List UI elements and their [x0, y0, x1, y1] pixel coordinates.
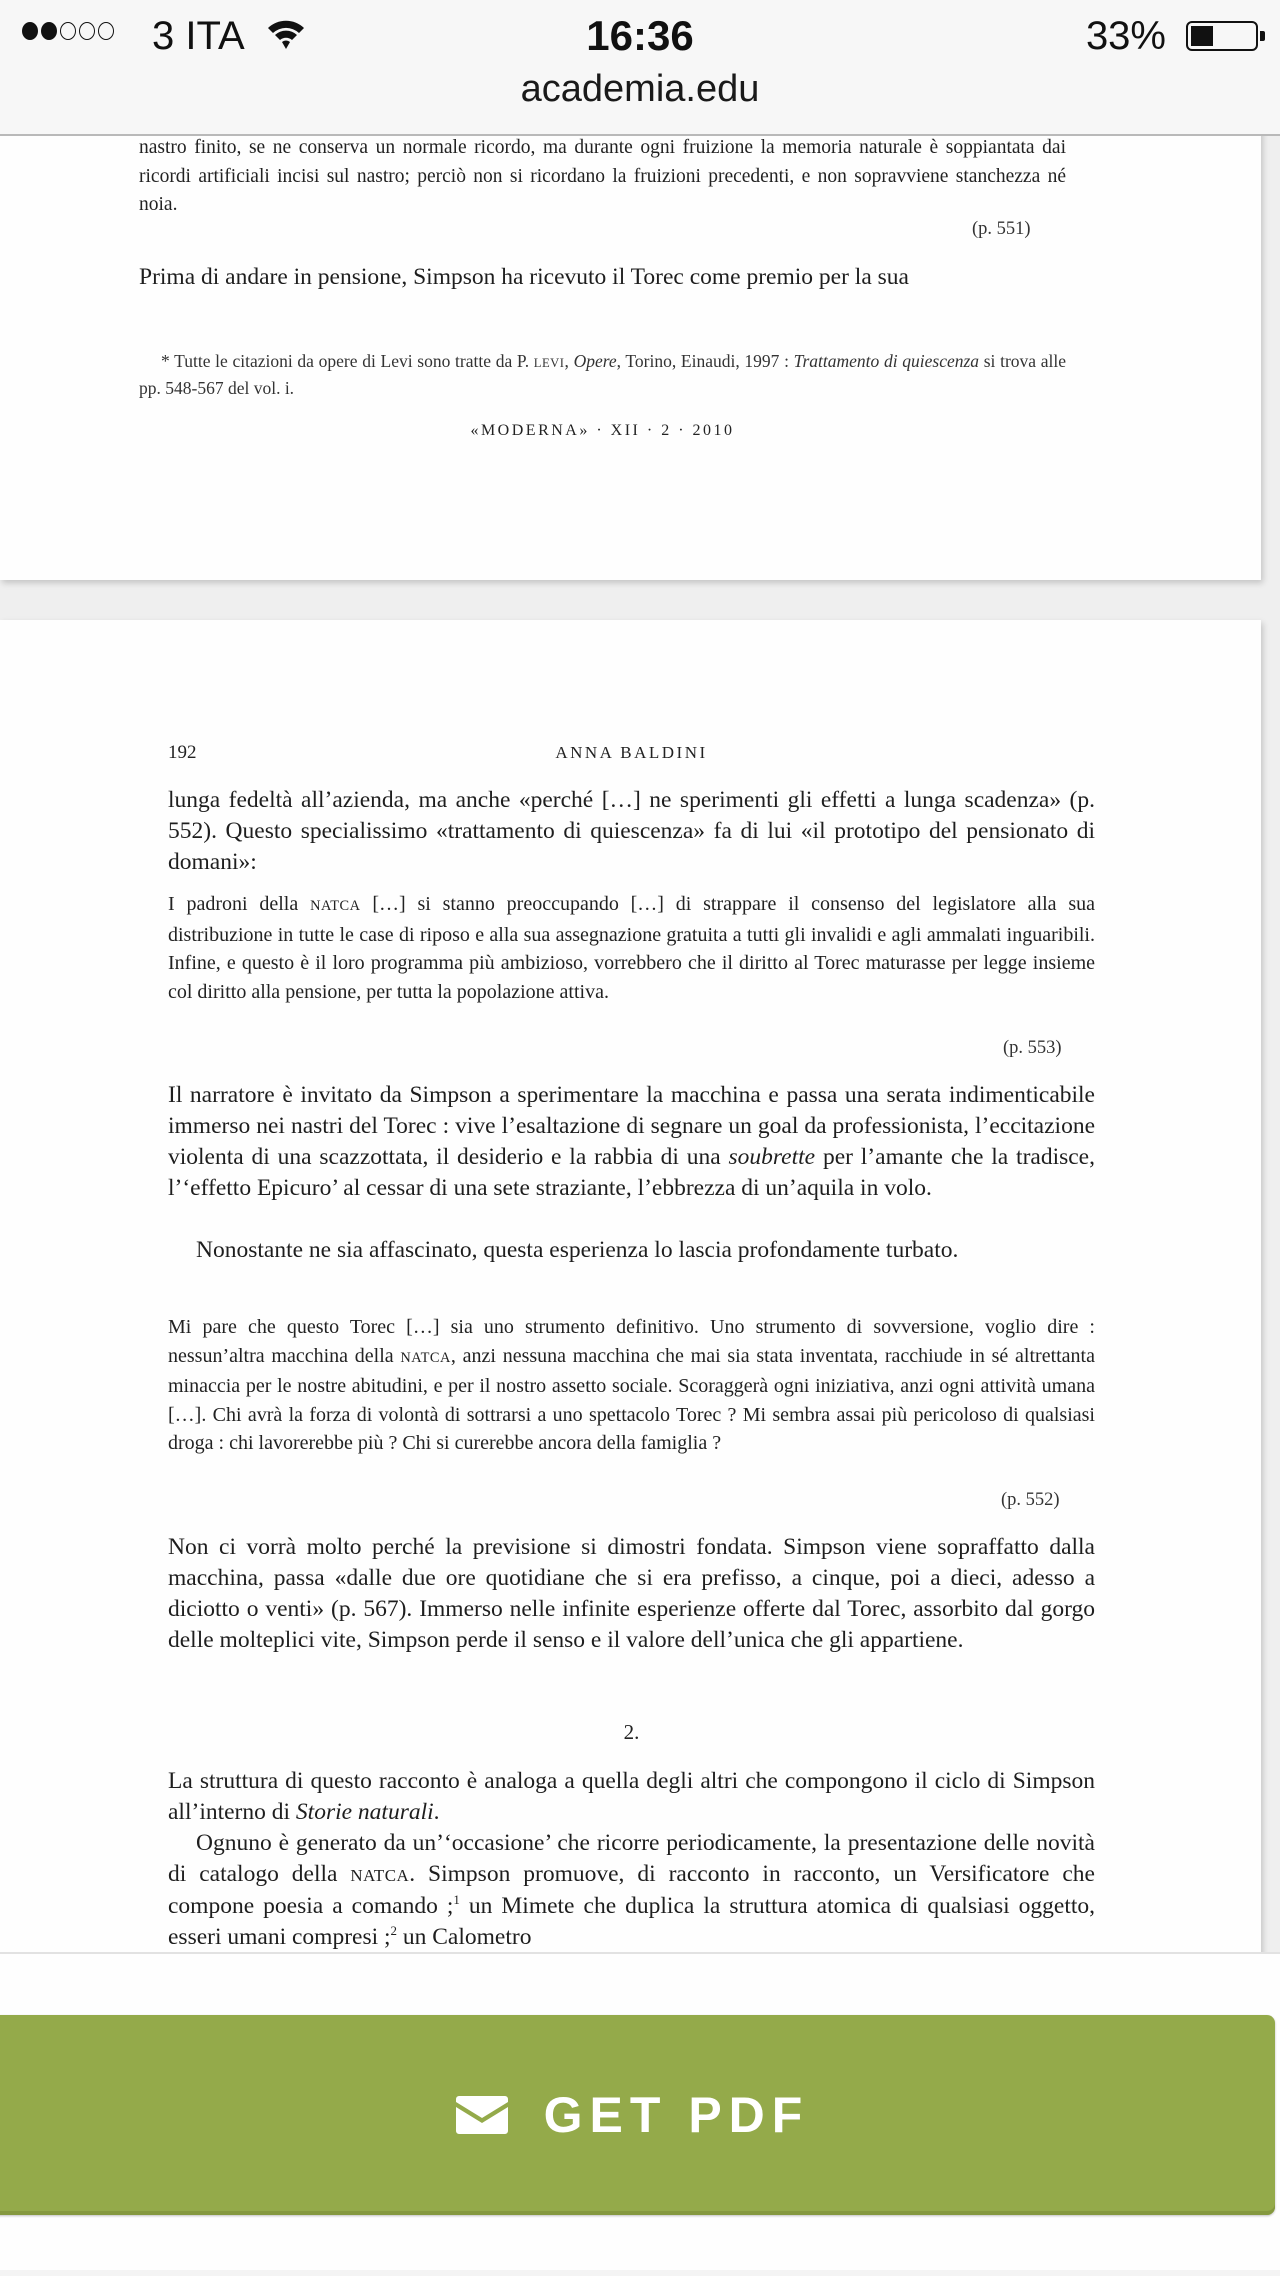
section-number: 2. [168, 1720, 1095, 1745]
footnote-work-title: Opere [574, 351, 617, 371]
footnote-text: , Torino, Einaudi, 1997 : [617, 351, 794, 371]
running-head: ANNA BALDINI [168, 743, 1095, 763]
envelope-icon [456, 2096, 508, 2134]
browser-top-bar: 3 ITA 16:36 33% academia.edu [0, 0, 1280, 136]
bottom-divider [0, 2270, 1280, 2276]
footnote-text: Tutte le citazioni da opere di Levi sono… [174, 351, 529, 371]
download-bar: GET PDF [0, 1952, 1280, 2276]
body-paragraph: Il narratore è invitato da Simpson a spe… [168, 1080, 1095, 1204]
address-bar-url[interactable]: academia.edu [0, 68, 1280, 111]
paragraph-text: un Calometro [397, 1924, 531, 1950]
italic-term: soubrette [729, 1144, 816, 1170]
get-pdf-button[interactable]: GET PDF [0, 2015, 1275, 2215]
journal-footer: «MODERNA» · XII · 2 · 2010 [139, 422, 1066, 440]
body-paragraph: Ognuno è generato da un’‘occasione’ che … [168, 1828, 1095, 1953]
battery-percentage: 33% [1086, 14, 1166, 59]
natca-smallcaps: natca [310, 898, 360, 914]
body-paragraph: Nonostante ne sia affascinato, questa es… [168, 1235, 1095, 1266]
pdf-page-192: 192 ANNA BALDINI lunga fedeltà all’azien… [0, 620, 1261, 2020]
body-paragraph: Prima di andare in pensione, Simpson ha … [139, 262, 1066, 293]
body-paragraph: Non ci vorrà molto perché la previsione … [168, 1532, 1095, 1656]
block-quote: Mi pare che questo Torec […] sia uno str… [168, 1313, 1095, 1458]
get-pdf-label: GET PDF [544, 2086, 810, 2144]
natca-smallcaps: natca [400, 1350, 450, 1366]
footnote-sep: , [564, 351, 568, 371]
battery-icon [1186, 21, 1258, 51]
footnote-story-title: Trattamento di quiescenza [794, 351, 979, 371]
block-quote-tail: nastro finito, se ne conserva un normale… [139, 134, 1066, 220]
footnote: * Tutte le citazioni da opere di Levi so… [139, 349, 1066, 401]
quote-text: I padroni della [168, 893, 310, 915]
natca-smallcaps: natca [350, 1866, 409, 1885]
block-quote: I padroni della natca […] si stanno preo… [168, 890, 1095, 1006]
footnote-author: Levi [534, 356, 565, 370]
quote-citation: (p. 553) [1003, 1038, 1062, 1059]
status-bar: 3 ITA 16:36 33% [0, 8, 1280, 60]
paragraph-text: . [434, 1799, 440, 1825]
book-title: Storie naturali [296, 1799, 434, 1825]
quote-citation: (p. 551) [972, 219, 1031, 240]
footnote-marker: * [139, 351, 170, 371]
body-paragraph: lunga fedeltà all’azienda, ma anche «per… [168, 785, 1095, 878]
quote-citation: (p. 552) [1001, 1490, 1060, 1511]
body-paragraph: La struttura di questo racconto è analog… [168, 1766, 1095, 1828]
